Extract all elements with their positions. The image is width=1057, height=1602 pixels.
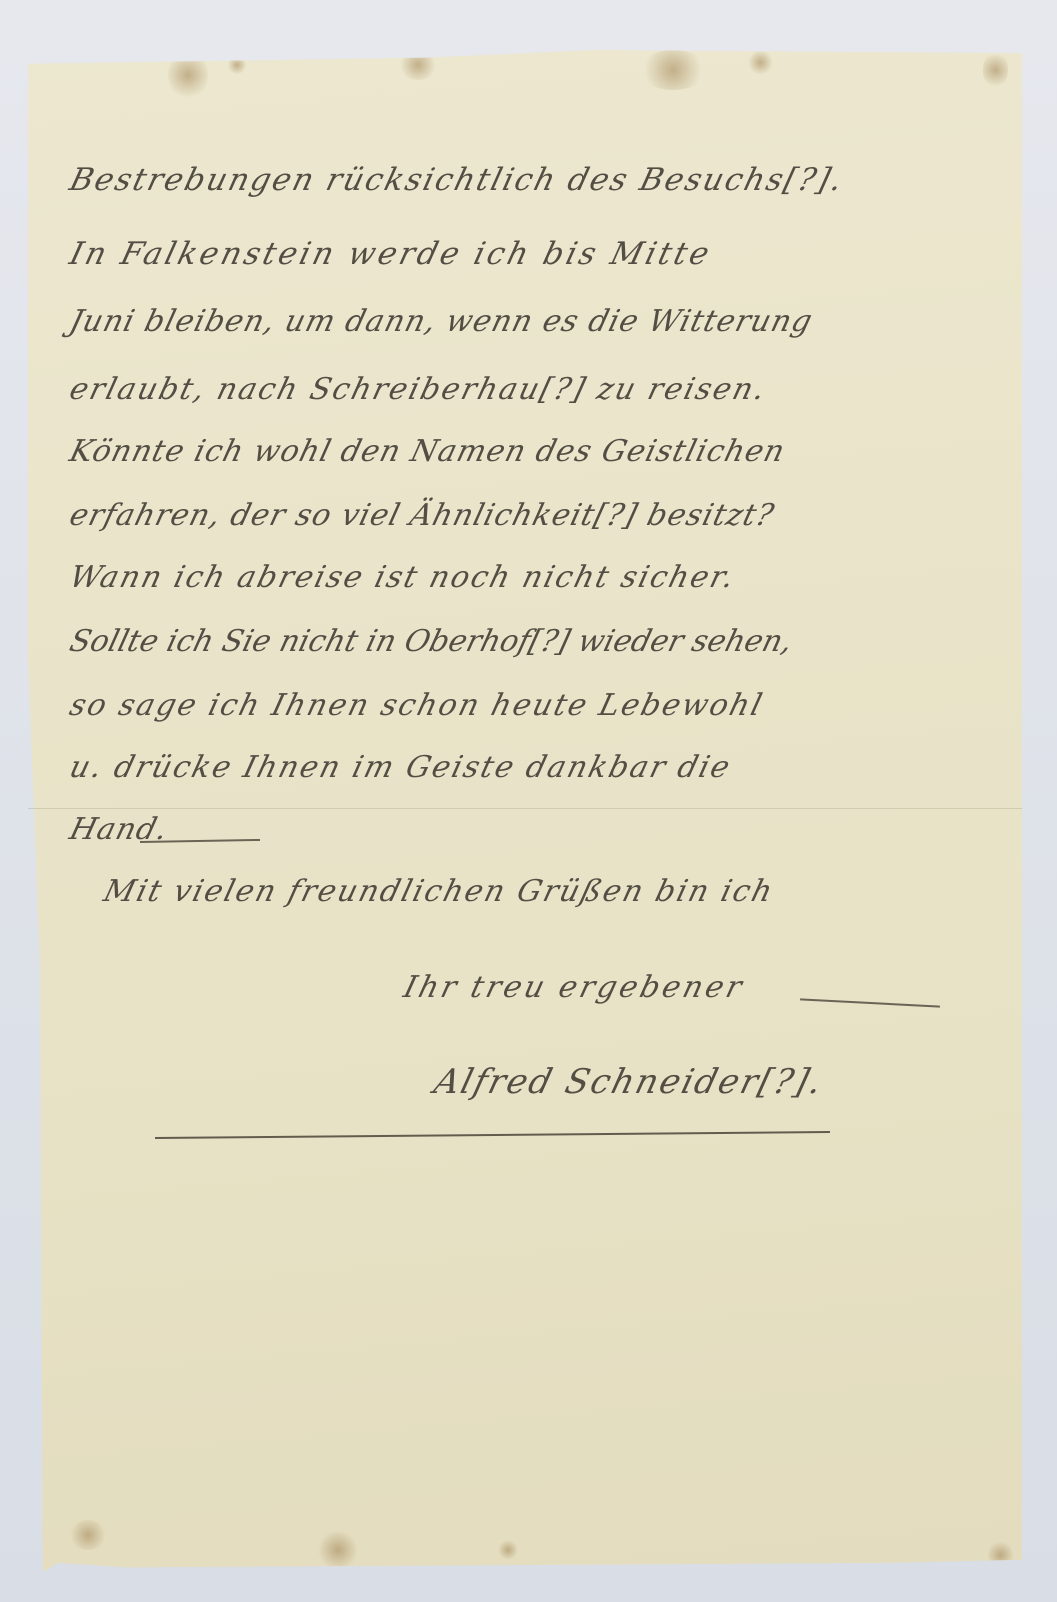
letter-line-10: u. drücke Ihnen im Geiste dankbar die (66, 750, 735, 785)
stain (498, 1540, 518, 1560)
letter-line-3: Juni bleiben, um dann, wenn es die Witte… (66, 304, 816, 339)
letter-paper (28, 50, 1022, 1572)
letter-line-6: erfahren, der so viel Ähnlichkeit[?] bes… (66, 498, 778, 533)
letter-line-9: so sage ich Ihnen schon heute Lebewohl (66, 688, 767, 723)
letter-line-7: Wann ich abreise ist noch nicht sicher. (66, 560, 739, 595)
signature: Alfred Schneider[?]. (430, 1062, 828, 1102)
letter-line-1: Bestrebungen rücksichtlich des Besuchs[?… (66, 162, 848, 198)
letter-line-5: Könnte ich wohl den Namen des Geistliche… (66, 434, 789, 469)
stain (748, 50, 773, 75)
letter-line-8: Sollte ich Sie nicht in Oberhof[?] wiede… (66, 624, 796, 659)
letter-line-4: erlaubt, nach Schreiberhau[?] zu reisen. (66, 372, 770, 407)
stain (983, 50, 1008, 90)
stain (318, 1530, 358, 1570)
paper-fold (28, 808, 1022, 809)
stain (68, 1520, 108, 1550)
closing-greeting: Mit vielen freundlichen Grüßen bin ich (100, 874, 778, 909)
stain (638, 50, 708, 90)
closing-valediction: Ihr treu ergebener (400, 970, 748, 1005)
letter-line-2: In Falkenstein werde ich bis Mitte (66, 236, 716, 272)
